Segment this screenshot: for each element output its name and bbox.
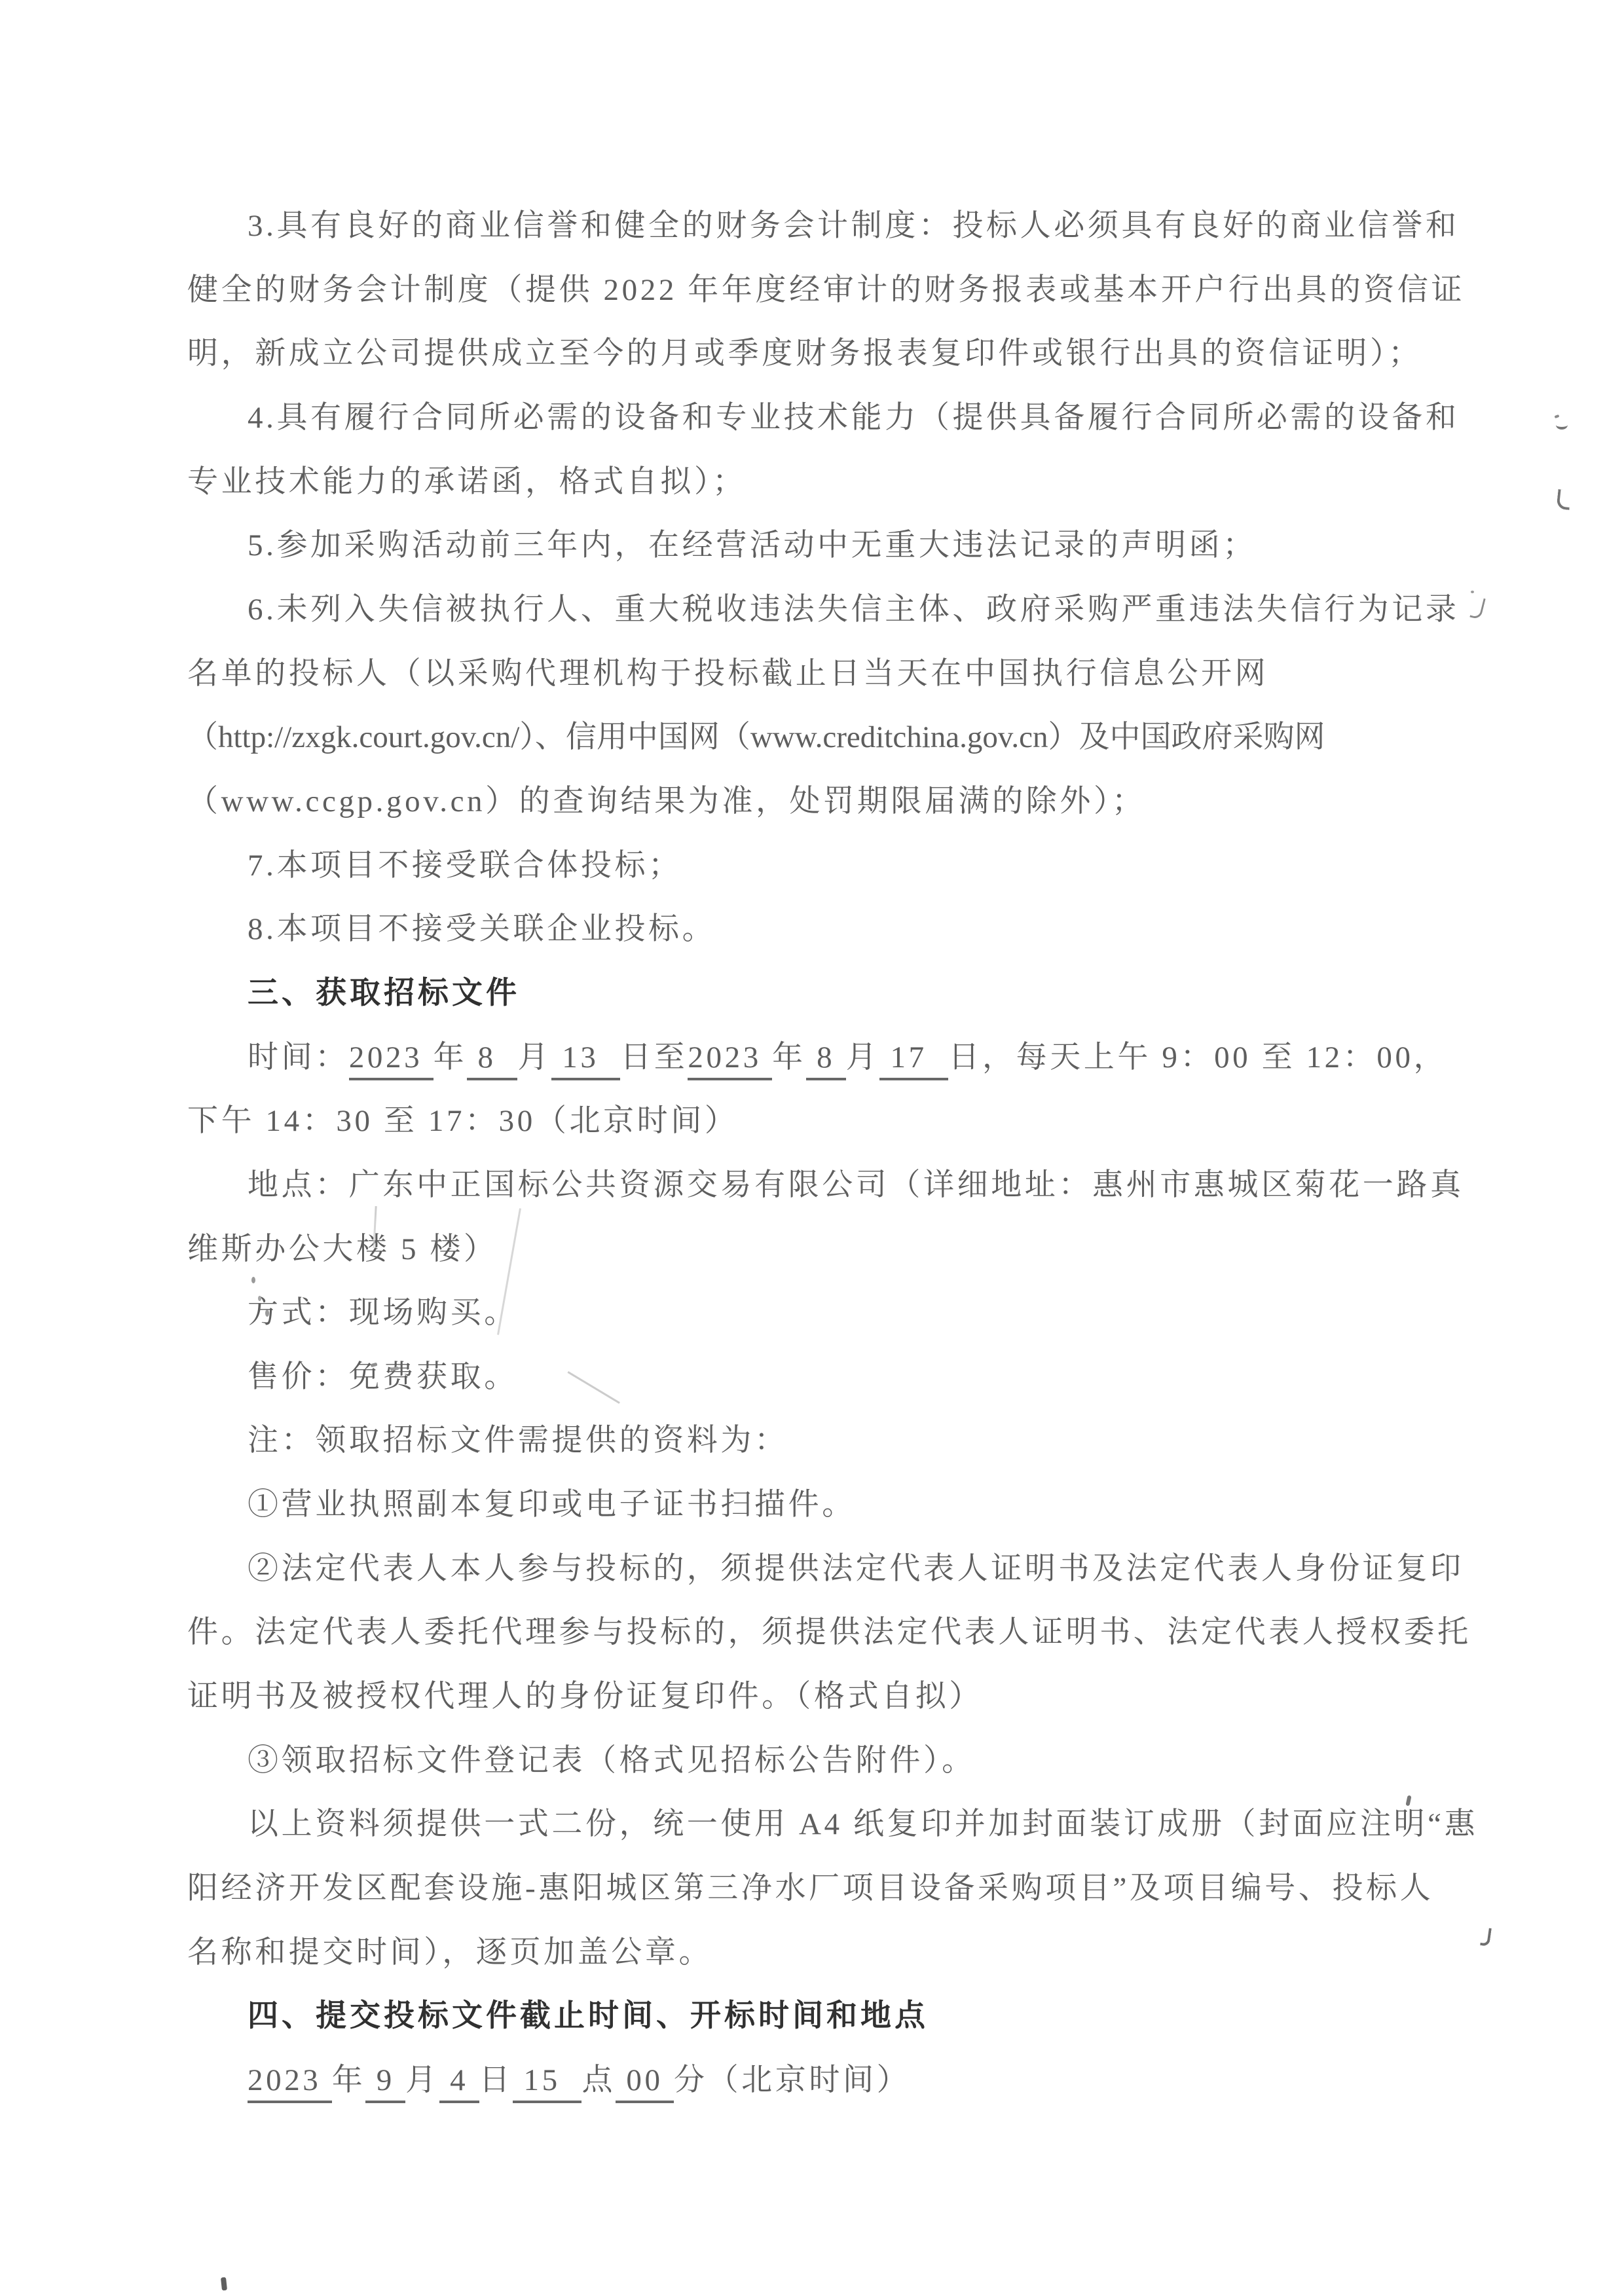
text-segment: ②法定代表人本人参与投标的，须提供法定代表人证明书及法定代表人身份证复印 — [248, 1552, 1464, 1586]
text-line: 8.本项目不接受关联企业投标。 — [187, 898, 1464, 962]
text-segment: 证明书及被授权代理人的身份证复印件。（格式自拟） — [187, 1680, 983, 1714]
text-line: 4.具有履行合同所必需的设备和专业技术能力（提供具备履行合同所必需的设备和 — [187, 386, 1464, 450]
text-line: 2023 年 9 月 4 日 15 点 00 分（北京时间） — [187, 2049, 1464, 2113]
scanned-document-page: 3.具有良好的商业信誉和健全的财务会计制度：投标人必须具有良好的商业信誉和健全的… — [0, 0, 1624, 2295]
section-heading: 四、提交投标文件截止时间、开标时间和地点 — [187, 1985, 1464, 2049]
text-segment: （www.ccgp.gov.cn）的查询结果为准，处罚期限届满的除外）； — [187, 784, 1146, 818]
text-segment: 月 — [405, 2063, 439, 2097]
text-line: 证明书及被授权代理人的身份证复印件。（格式自拟） — [187, 1665, 1464, 1729]
scan-speck — [1480, 1927, 1492, 1947]
text-segment: 日至 — [620, 1040, 688, 1074]
text-segment: 7.本项目不接受联合体投标； — [248, 849, 682, 883]
text-line: 阳经济开发区配套设施-惠阳城区第三净水厂项目设备采购项目”及项目编号、投标人 — [187, 1857, 1464, 1921]
text-segment: 维斯办公大楼 5 楼） — [187, 1232, 498, 1266]
text-segment: （http://zxgk.court.gov.cn/）、信用中国网（www.cr… — [187, 720, 1325, 754]
text-line: ②法定代表人本人参与投标的，须提供法定代表人证明书及法定代表人身份证复印 — [187, 1537, 1464, 1602]
text-line: 时间：2023 年 8 月 13 日至2023 年 8 月 17 日，每天上午 … — [187, 1026, 1464, 1090]
text-segment: 年 — [772, 1040, 806, 1074]
text-segment: 名单的投标人（以采购代理机构于投标截止日当天在中国执行信息公开网 — [187, 657, 1268, 691]
text-line: ①营业执照副本复印或电子证书扫描件。 — [187, 1473, 1464, 1537]
text-segment: 阳经济开发区配套设施-惠阳城区第三净水厂项目设备采购项目”及项目编号、投标人 — [187, 1871, 1433, 1905]
text-segment: 地点：广东中正国标公共资源交易有限公司（详细地址：惠州市惠城区菊花一路真 — [248, 1168, 1464, 1202]
text-segment: 月 — [517, 1040, 551, 1074]
text-line: 健全的财务会计制度（提供 2022 年年度经审计的财务报表或基本开户行出具的资信… — [187, 259, 1464, 323]
text-segment: 4.具有履行合同所必需的设备和专业技术能力（提供具备履行合同所必需的设备和 — [248, 401, 1459, 435]
text-line: 以上资料须提供一式二份，统一使用 A4 纸复印并加封面装订成册（封面应注明“惠 — [187, 1793, 1464, 1857]
text-segment: 年 — [434, 1040, 468, 1074]
text-segment: 点 — [581, 2063, 616, 2097]
text-line: 3.具有良好的商业信誉和健全的财务会计制度：投标人必须具有良好的商业信誉和 — [187, 194, 1464, 259]
text-segment: 明，新成立公司提供成立至今的月或季度财务报表复印件或银行出具的资信证明）； — [187, 337, 1422, 371]
underlined-blank: 2023 — [688, 1040, 772, 1080]
underlined-blank: 8 — [806, 1040, 846, 1080]
text-line: ③领取招标文件登记表（格式见招标公告附件）。 — [187, 1729, 1464, 1793]
scan-squiggle — [1469, 596, 1485, 619]
text-line: 维斯办公大楼 5 楼） — [187, 1218, 1464, 1282]
text-segment: 四、提交投标文件截止时间、开标时间和地点 — [248, 1999, 929, 2033]
text-line: 专业技术能力的承诺函，格式自拟）； — [187, 450, 1464, 515]
text-segment: 年 — [332, 2063, 366, 2097]
text-segment: 3.具有良好的商业信誉和健全的财务会计制度：投标人必须具有良好的商业信誉和 — [248, 209, 1459, 243]
section-heading: 三、获取招标文件 — [187, 962, 1464, 1026]
scan-speck — [1555, 414, 1560, 418]
text-segment: 时间： — [248, 1040, 349, 1074]
text-segment: 售价：免费获取。 — [248, 1360, 518, 1394]
scan-speck — [221, 2277, 227, 2291]
text-segment: ③领取招标文件登记表（格式见招标公告附件）。 — [248, 1744, 976, 1778]
text-line: 6.未列入失信被执行人、重大税收违法失信主体、政府采购严重违法失信行为记录 — [187, 578, 1464, 642]
underlined-blank: 9 — [365, 2063, 405, 2103]
text-segment: 件。法定代表人委托代理参与投标的，须提供法定代表人证明书、法定代表人授权委托 — [187, 1615, 1471, 1649]
text-line: 5.参加采购活动前三年内，在经营活动中无重大违法记录的声明函； — [187, 514, 1464, 578]
underlined-blank: 13 — [551, 1040, 620, 1080]
text-segment: 8.本项目不接受关联企业投标。 — [248, 912, 716, 946]
document-body: 3.具有良好的商业信誉和健全的财务会计制度：投标人必须具有良好的商业信誉和健全的… — [187, 194, 1464, 2113]
text-line: 7.本项目不接受联合体投标； — [187, 834, 1464, 898]
text-line: 明，新成立公司提供成立至今的月或季度财务报表复印件或银行出具的资信证明）； — [187, 322, 1464, 386]
text-segment: 注：领取招标文件需提供的资料为： — [248, 1423, 788, 1458]
text-segment: 以上资料须提供一式二份，统一使用 A4 纸复印并加封面装订成册（封面应注明“惠 — [248, 1807, 1478, 1841]
text-segment: 名称和提交时间），逐页加盖公章。 — [187, 1936, 712, 1970]
text-line: 件。法定代表人委托代理参与投标的，须提供法定代表人证明书、法定代表人授权委托 — [187, 1601, 1464, 1665]
text-line: 下午 14：30 至 17：30（北京时间） — [187, 1090, 1464, 1154]
text-segment: 三、获取招标文件 — [248, 976, 520, 1010]
scan-speck — [1556, 489, 1571, 510]
text-segment: 分（北京时间） — [674, 2063, 910, 2097]
underlined-blank: 15 — [513, 2063, 581, 2103]
underlined-blank: 4 — [439, 2063, 479, 2103]
text-line: （http://zxgk.court.gov.cn/）、信用中国网（www.cr… — [187, 706, 1464, 770]
text-segment: 专业技术能力的承诺函，格式自拟）； — [187, 465, 747, 499]
text-line: 名称和提交时间），逐页加盖公章。 — [187, 1921, 1464, 1985]
text-segment: 6.未列入失信被执行人、重大税收违法失信主体、政府采购严重违法失信行为记录 — [248, 593, 1459, 627]
underlined-blank: 2023 — [349, 1040, 434, 1080]
text-segment: 方式：现场购买。 — [248, 1296, 518, 1330]
text-line: 售价：免费获取。 — [187, 1346, 1464, 1410]
text-line: 地点：广东中正国标公共资源交易有限公司（详细地址：惠州市惠城区菊花一路真 — [187, 1154, 1464, 1218]
scan-speck — [1556, 420, 1568, 430]
underlined-blank: 2023 — [248, 2063, 332, 2103]
underlined-blank: 8 — [467, 1040, 517, 1080]
text-segment: 5.参加采购活动前三年内，在经营活动中无重大违法记录的声明函； — [248, 528, 1257, 562]
text-line: 方式：现场购买。 — [187, 1281, 1464, 1346]
text-segment: 日 — [479, 2063, 513, 2097]
text-segment: 下午 14：30 至 17：30（北京时间） — [187, 1104, 738, 1138]
text-line: （www.ccgp.gov.cn）的查询结果为准，处罚期限届满的除外）； — [187, 770, 1464, 834]
text-segment: ①营业执照副本复印或电子证书扫描件。 — [248, 1488, 856, 1522]
text-segment: 月 — [846, 1040, 880, 1074]
text-line: 注：领取招标文件需提供的资料为： — [187, 1409, 1464, 1473]
scan-speck — [1471, 591, 1474, 593]
text-line: 名单的投标人（以采购代理机构于投标截止日当天在中国执行信息公开网 — [187, 642, 1464, 707]
underlined-blank: 17 — [879, 1040, 948, 1080]
text-segment: 日，每天上午 9：00 至 12：00， — [948, 1040, 1447, 1074]
text-segment: 健全的财务会计制度（提供 2022 年年度经审计的财务报表或基本开户行出具的资信… — [187, 273, 1465, 307]
underlined-blank: 00 — [616, 2063, 674, 2103]
